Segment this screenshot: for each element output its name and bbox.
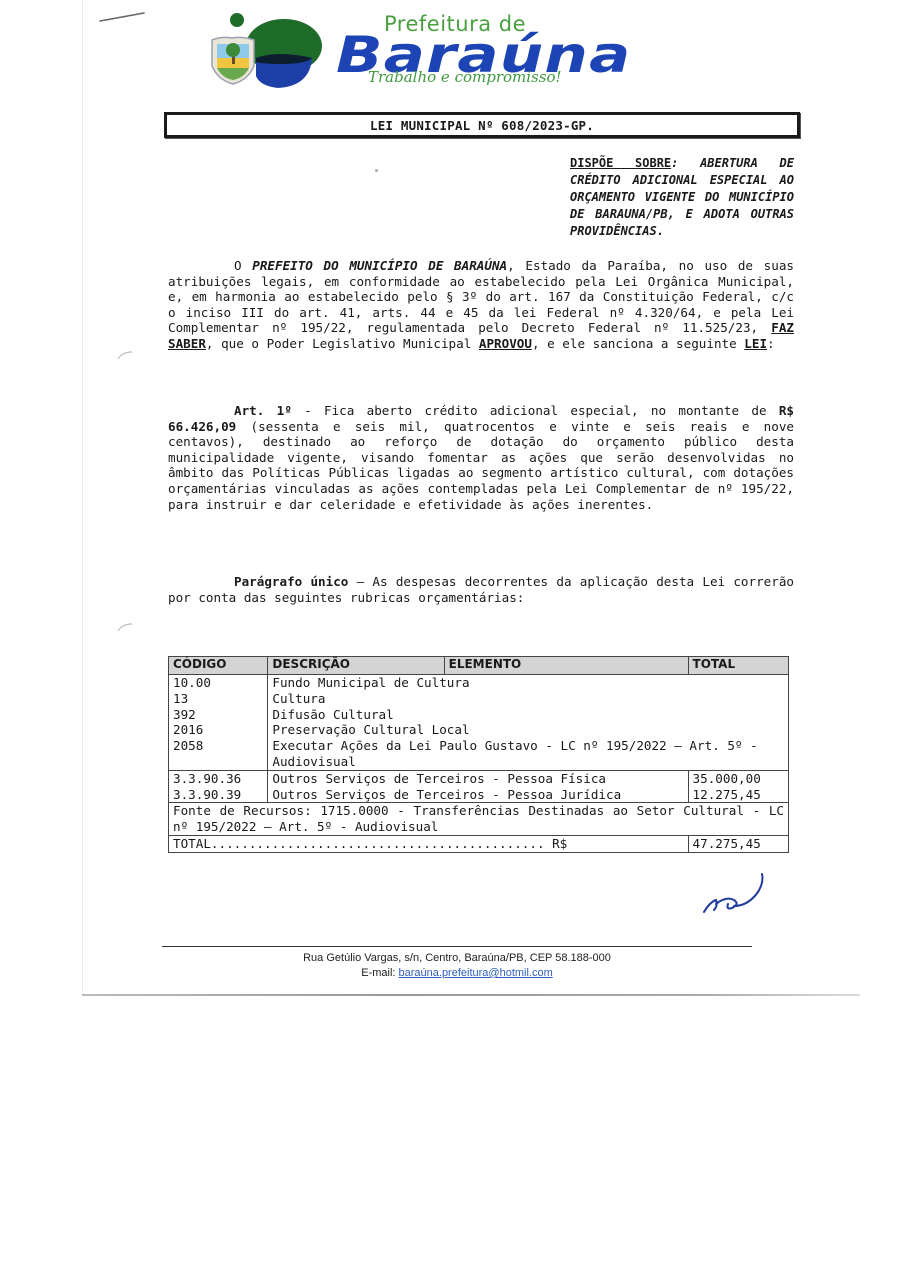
codigo-value: 10.00 bbox=[173, 675, 263, 691]
header-codigo: CÓDIGO bbox=[169, 657, 268, 675]
preamble-text-4: : bbox=[767, 336, 775, 351]
municipal-coat-of-arms-icon bbox=[208, 6, 328, 90]
header-total: TOTAL bbox=[688, 657, 788, 675]
scan-speck bbox=[375, 169, 378, 172]
element-valor: 12.275,45 bbox=[693, 787, 784, 803]
header-elemento: ELEMENTO bbox=[444, 657, 688, 675]
codigo-value: 2016 bbox=[173, 722, 263, 738]
preamble-authority: PREFEITO DO MUNICÍPIO DE BARAÚNA bbox=[252, 258, 507, 273]
page-edge bbox=[82, 994, 860, 996]
table-row: 10.00 13 392 2016 2058 Fundo Municipal d… bbox=[169, 675, 789, 771]
ementa-label: DISPÕE SOBRE bbox=[570, 156, 671, 170]
total-label: TOTAL...................................… bbox=[169, 835, 689, 852]
table-row-fonte: Fonte de Recursos: 1715.0000 - Transferê… bbox=[169, 803, 789, 836]
footer-address: Rua Getúlio Vargas, s/n, Centro, Baraúna… bbox=[162, 951, 752, 966]
element-valor-cell: 35.000,00 12.275,45 bbox=[688, 770, 788, 803]
ementa: DISPÕE SOBRE: ABERTURA DE CRÉDITO ADICIO… bbox=[570, 155, 794, 240]
budget-table: CÓDIGO DESCRIÇÃO ELEMENTO TOTAL 10.00 13… bbox=[168, 656, 789, 853]
article-1-text-2: (sessenta e seis mil, quatrocentos e vin… bbox=[168, 419, 794, 512]
descricao-value: Cultura bbox=[272, 691, 784, 707]
punch-hole-mark bbox=[116, 622, 134, 632]
handwritten-rubric-icon bbox=[700, 872, 770, 917]
footer-divider bbox=[162, 946, 752, 947]
aprovou: APROVOU bbox=[479, 336, 532, 351]
paragrafo-unico-label: Parágrafo único bbox=[234, 574, 348, 589]
table-row: 3.3.90.36 3.3.90.39 Outros Serviços de T… bbox=[169, 770, 789, 803]
element-descricao: Outros Serviços de Terceiros - Pessoa Fí… bbox=[272, 771, 683, 787]
descricao-value: Difusão Cultural bbox=[272, 707, 784, 723]
footer: Rua Getúlio Vargas, s/n, Centro, Baraúna… bbox=[162, 951, 752, 981]
footer-email-label: E-mail: bbox=[361, 967, 398, 979]
descricao-value: Fundo Municipal de Cultura bbox=[272, 675, 784, 691]
pen-stroke-mark bbox=[98, 10, 146, 24]
fonte-recursos: Fonte de Recursos: 1715.0000 - Transferê… bbox=[169, 803, 789, 836]
article-1-label: Art. 1º bbox=[234, 403, 292, 418]
total-value: 47.275,45 bbox=[688, 835, 788, 852]
preamble-lead: O bbox=[234, 258, 252, 273]
preamble-text-2: , que o Poder Legislativo Municipal bbox=[206, 336, 479, 351]
table-header-row: CÓDIGO DESCRIÇÃO ELEMENTO TOTAL bbox=[169, 657, 789, 675]
element-descricao: Outros Serviços de Terceiros - Pessoa Ju… bbox=[272, 787, 683, 803]
element-descricao-cell: Outros Serviços de Terceiros - Pessoa Fí… bbox=[268, 770, 688, 803]
lei-word: LEI bbox=[744, 336, 767, 351]
element-codigo-cell: 3.3.90.36 3.3.90.39 bbox=[169, 770, 268, 803]
codigo-cell: 10.00 13 392 2016 2058 bbox=[169, 675, 268, 771]
element-codigo: 3.3.90.39 bbox=[173, 787, 263, 803]
law-title-box: LEI MUNICIPAL Nº 608/2023-GP. bbox=[164, 112, 800, 138]
element-valor: 35.000,00 bbox=[693, 771, 784, 787]
element-codigo: 3.3.90.36 bbox=[173, 771, 263, 787]
footer-email-line: E-mail: baraúna.prefeitura@hotmil.com bbox=[162, 966, 752, 981]
codigo-value: 392 bbox=[173, 707, 263, 723]
codigo-value: 2058 bbox=[173, 738, 263, 754]
codigo-value: 13 bbox=[173, 691, 263, 707]
table-row-total: TOTAL...................................… bbox=[169, 835, 789, 852]
municipality-logo: Prefeitura de Baraúna Trabalho e comprom… bbox=[208, 6, 698, 90]
header-descricao: DESCRIÇÃO bbox=[268, 657, 444, 675]
footer-email-link[interactable]: baraúna.prefeitura@hotmil.com bbox=[399, 967, 553, 979]
paragrafo-unico: Parágrafo único – As despesas decorrente… bbox=[168, 574, 794, 605]
article-1: Art. 1º - Fica aberto crédito adicional … bbox=[168, 403, 794, 512]
descricao-value: Executar Ações da Lei Paulo Gustavo - LC… bbox=[272, 738, 784, 770]
law-title: LEI MUNICIPAL Nº 608/2023-GP. bbox=[370, 118, 594, 133]
article-1-text-1: - Fica aberto crédito adicional especial… bbox=[292, 403, 779, 418]
descricao-value: Preservação Cultural Local bbox=[272, 722, 784, 738]
descricao-cell: Fundo Municipal de Cultura Cultura Difus… bbox=[268, 675, 789, 771]
preamble-paragraph: O PREFEITO DO MUNICÍPIO DE BARAÚNA, Esta… bbox=[168, 258, 794, 352]
punch-hole-mark bbox=[116, 350, 134, 360]
preamble-text-3: , e ele sanciona a seguinte bbox=[532, 336, 744, 351]
logo-slogan: Trabalho e compromisso! bbox=[368, 68, 562, 86]
